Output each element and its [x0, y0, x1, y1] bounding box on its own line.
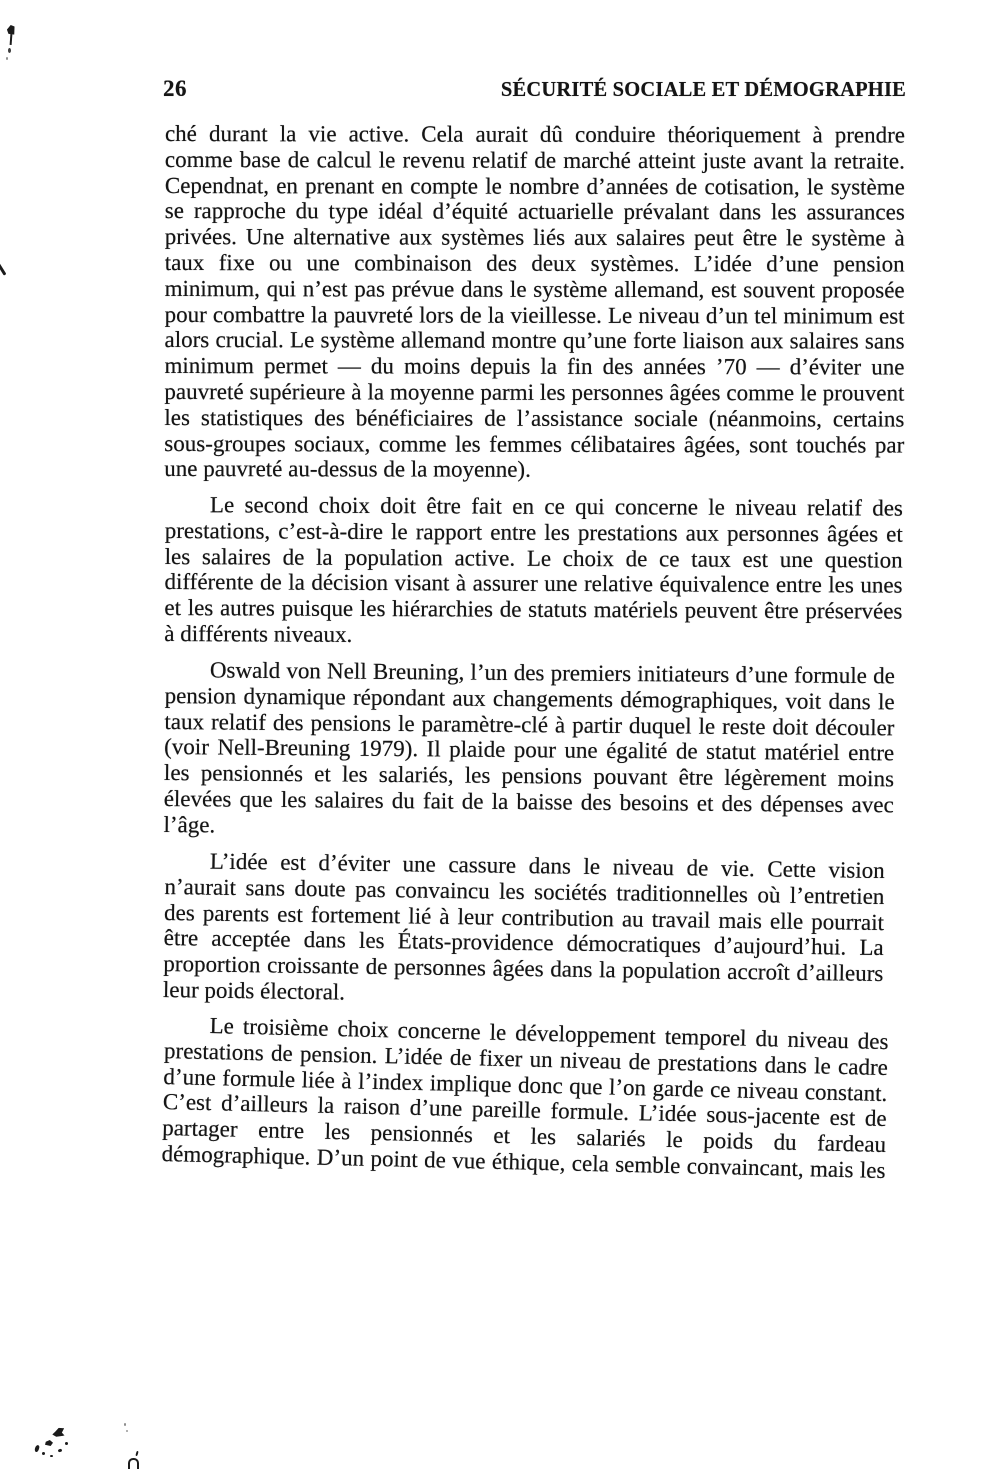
ink-speck — [8, 48, 11, 53]
ink-mark-bottom — [128, 1458, 139, 1469]
body-paragraph: ché durant la vie active. Cela aurait dû… — [164, 121, 905, 484]
ink-speck-faint — [124, 1423, 126, 1426]
body-paragraph: Le second choix doit être fait en ce qui… — [164, 492, 903, 650]
ink-speck — [42, 1452, 45, 1455]
body-paragraph: Oswald von Nell Breuning, l’un des premi… — [163, 657, 895, 844]
body-paragraph: Le troisième choix concerne le développe… — [161, 1012, 888, 1184]
ink-mark-top-left — [10, 34, 13, 45]
ink-speck — [50, 1455, 53, 1457]
ink-smudge-bottom-left — [45, 1440, 53, 1446]
ink-speck — [34, 1445, 40, 1453]
page-number: 26 — [163, 76, 187, 102]
running-header: SÉCURITÉ SOCIALE ET DÉMOGRAPHIE — [501, 78, 906, 102]
ink-speck — [65, 1442, 68, 1445]
ink-speck — [6, 57, 8, 60]
book-page: 26 SÉCURITÉ SOCIALE ET DÉMOGRAPHIE ché d… — [0, 0, 1000, 1473]
ink-mark-bottom — [135, 1451, 138, 1456]
ink-mark-left-edge — [0, 262, 6, 275]
body-text: ché durant la vie active. Cela aurait dû… — [165, 121, 910, 1167]
ink-speck-faint — [126, 1430, 128, 1432]
body-paragraph: L’idée est d’éviter une cassure dans le … — [163, 848, 885, 1013]
ink-smudge-bottom-left — [51, 1427, 66, 1439]
ink-speck — [58, 1448, 63, 1452]
